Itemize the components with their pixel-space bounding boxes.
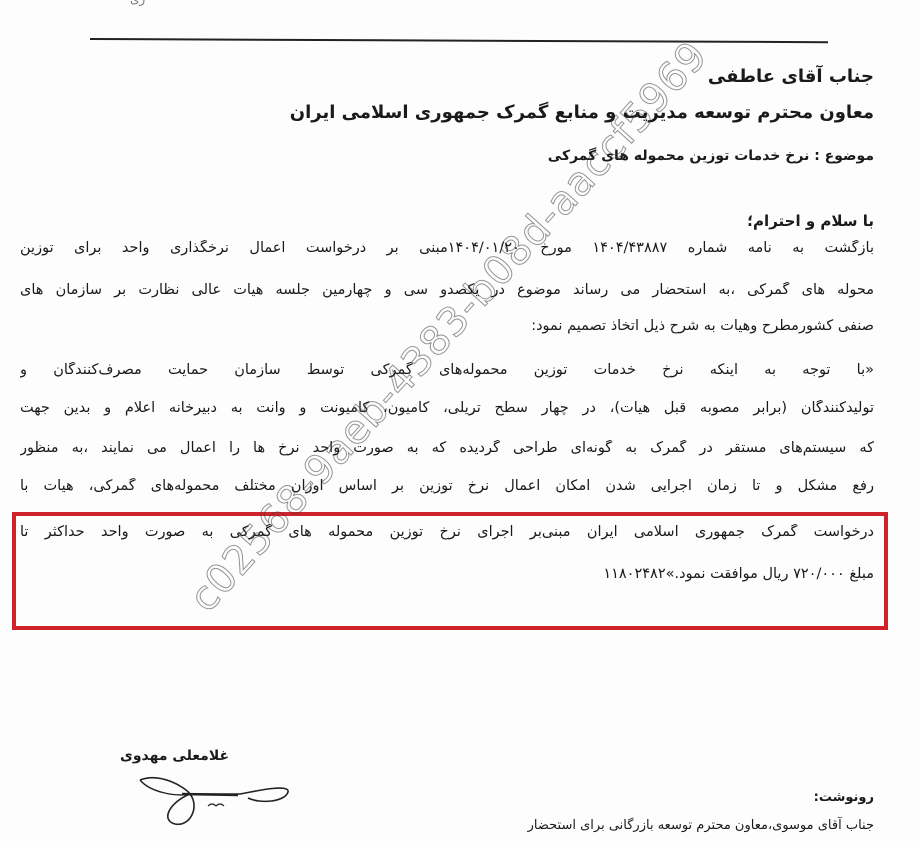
cc-label: رونوشت: <box>814 790 874 805</box>
addressee-title: معاون محترم توسعه مدیریت و منابع گمرک جم… <box>290 102 874 123</box>
highlighted-line: درخواست گمرک جمهوری اسلامی ایران مبنی‌بر… <box>20 524 874 540</box>
highlighted-line: مبلغ ۷۲۰/۰۰۰ ریال موافقت نمود.»۱۱۸۰۲۴۸۲ <box>20 566 874 582</box>
body-line: صنفی کشورمطرح وهیات به شرح ذیل اتخاذ تصم… <box>20 318 874 334</box>
body-line: تولیدکنندگان (برابر مصوبه قبل هیات)، در … <box>20 400 874 416</box>
cc-recipient: جناب آقای موسوی،معاون محترم توسعه بازرگا… <box>528 818 874 833</box>
scanned-letter-page: ری جناب آقای عاطفی معاون محترم توسعه مدی… <box>0 0 919 841</box>
subject-line: موضوع : نرخ خدمات توزین محموله های گمرکی <box>548 148 874 164</box>
signature-scribble-icon <box>130 772 300 832</box>
body-line: بازگشت به نامه شماره ۱۴۰۴/۴۳۸۸۷ مورخ ۱۴۰… <box>20 240 874 256</box>
body-line: که سیستم‌های مستقر در گمرک به گونه‌ای طر… <box>20 440 874 456</box>
signer-name: غلامعلی مهدوی <box>120 748 229 764</box>
body-line: «با توجه به اینکه نرخ خدمات توزین محموله… <box>20 362 874 378</box>
body-line: محوله های گمرکی ،به استحضار می رساند موض… <box>20 282 874 298</box>
body-line: رفع مشکل و تا زمان اجرایی شدن امکان اعما… <box>20 478 874 494</box>
header-divider <box>90 38 828 43</box>
top-text-fragment: ری <box>130 0 145 6</box>
addressee-name: جناب آقای عاطفی <box>708 66 874 87</box>
greeting: با سلام و احترام؛ <box>747 212 874 230</box>
